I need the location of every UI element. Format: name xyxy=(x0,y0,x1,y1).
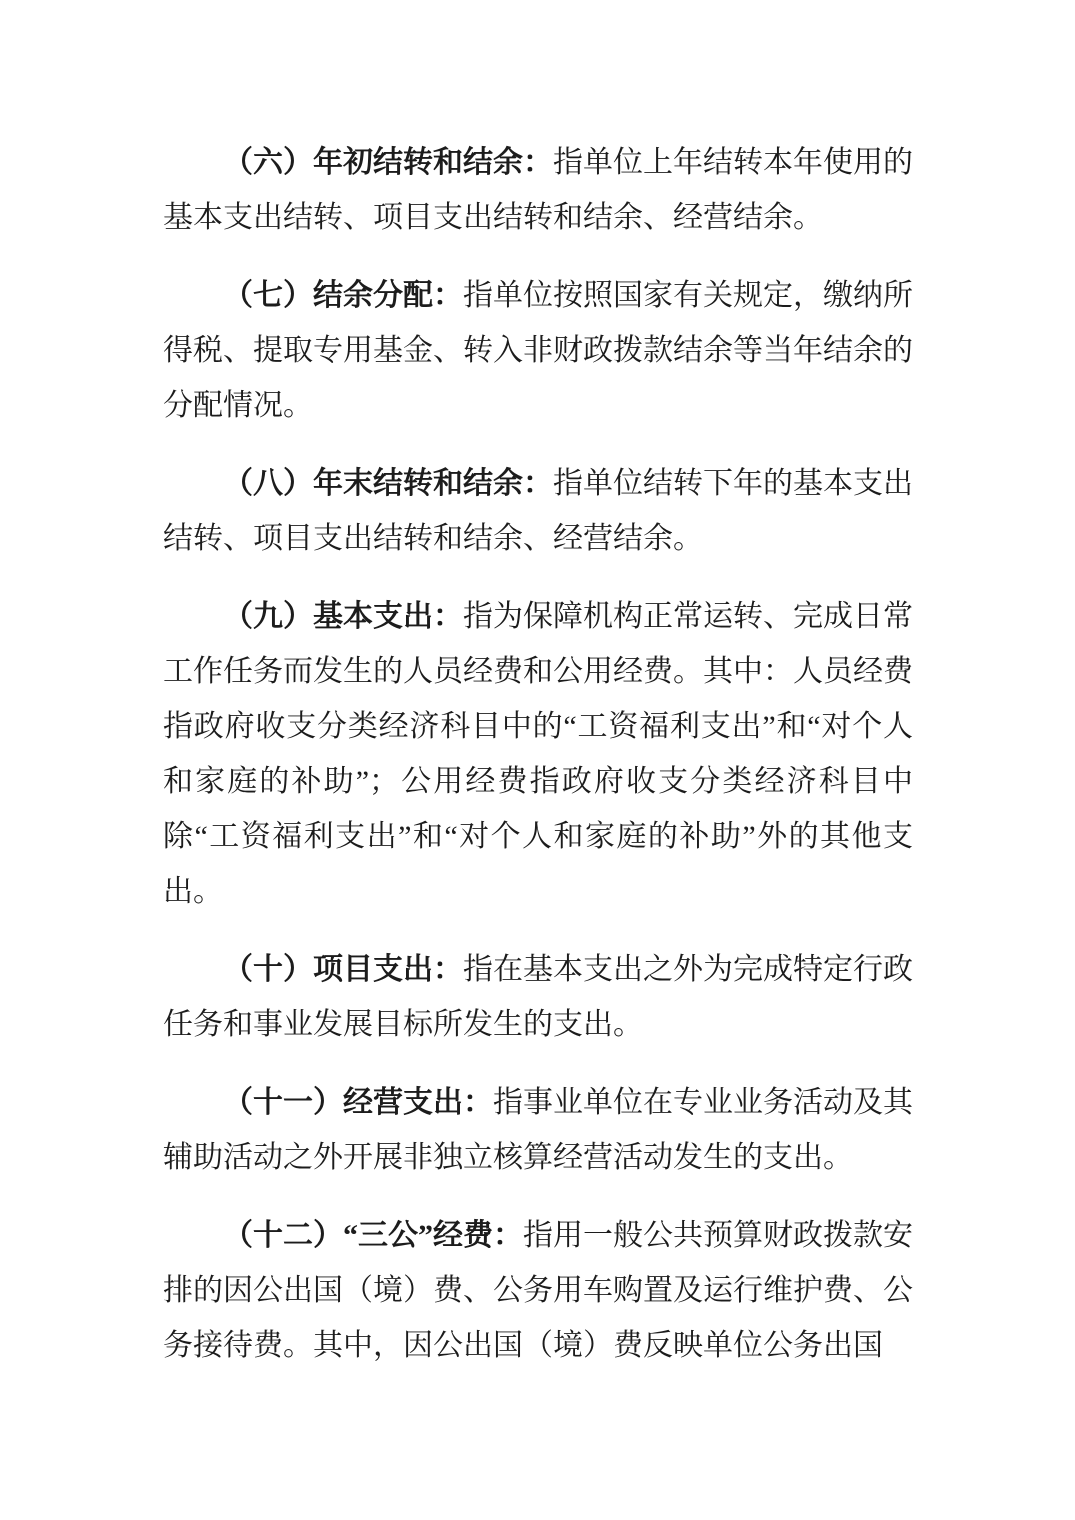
paragraph-11-lead: （十一）经营支出： xyxy=(223,1086,493,1119)
paragraph-6-lead: （六）年初结转和结余： xyxy=(223,146,553,179)
document-body: （六）年初结转和结余：指单位上年结转本年使用的基本支出结转、项目支出结转和结余、… xyxy=(163,135,913,1373)
paragraph-12: （十二）“三公”经费：指用一般公共预算财政拨款安排的因公出国（境）费、公务用车购… xyxy=(163,1208,913,1373)
paragraph-8-lead: （八）年末结转和结余： xyxy=(223,467,553,500)
paragraph-7-lead: （七）结余分配： xyxy=(223,279,463,312)
document-page: （六）年初结转和结余：指单位上年结转本年使用的基本支出结转、项目支出结转和结余、… xyxy=(0,0,1075,1520)
paragraph-9-lead: （九）基本支出： xyxy=(223,600,463,633)
paragraph-7: （七）结余分配：指单位按照国家有关规定，缴纳所得税、提取专用基金、转入非财政拨款… xyxy=(163,268,913,433)
paragraph-9-text: 指为保障机构正常运转、完成日常工作任务而发生的人员经费和公用经费。其中：人员经费… xyxy=(163,600,913,908)
paragraph-9: （九）基本支出：指为保障机构正常运转、完成日常工作任务而发生的人员经费和公用经费… xyxy=(163,589,913,919)
paragraph-11: （十一）经营支出：指事业单位在专业业务活动及其辅助活动之外开展非独立核算经营活动… xyxy=(163,1075,913,1185)
paragraph-6: （六）年初结转和结余：指单位上年结转本年使用的基本支出结转、项目支出结转和结余、… xyxy=(163,135,913,245)
paragraph-12-lead: （十二）“三公”经费： xyxy=(223,1219,523,1252)
paragraph-10: （十）项目支出：指在基本支出之外为完成特定行政任务和事业发展目标所发生的支出。 xyxy=(163,942,913,1052)
paragraph-8: （八）年末结转和结余：指单位结转下年的基本支出结转、项目支出结转和结余、经营结余… xyxy=(163,456,913,566)
paragraph-10-lead: （十）项目支出： xyxy=(223,953,463,986)
